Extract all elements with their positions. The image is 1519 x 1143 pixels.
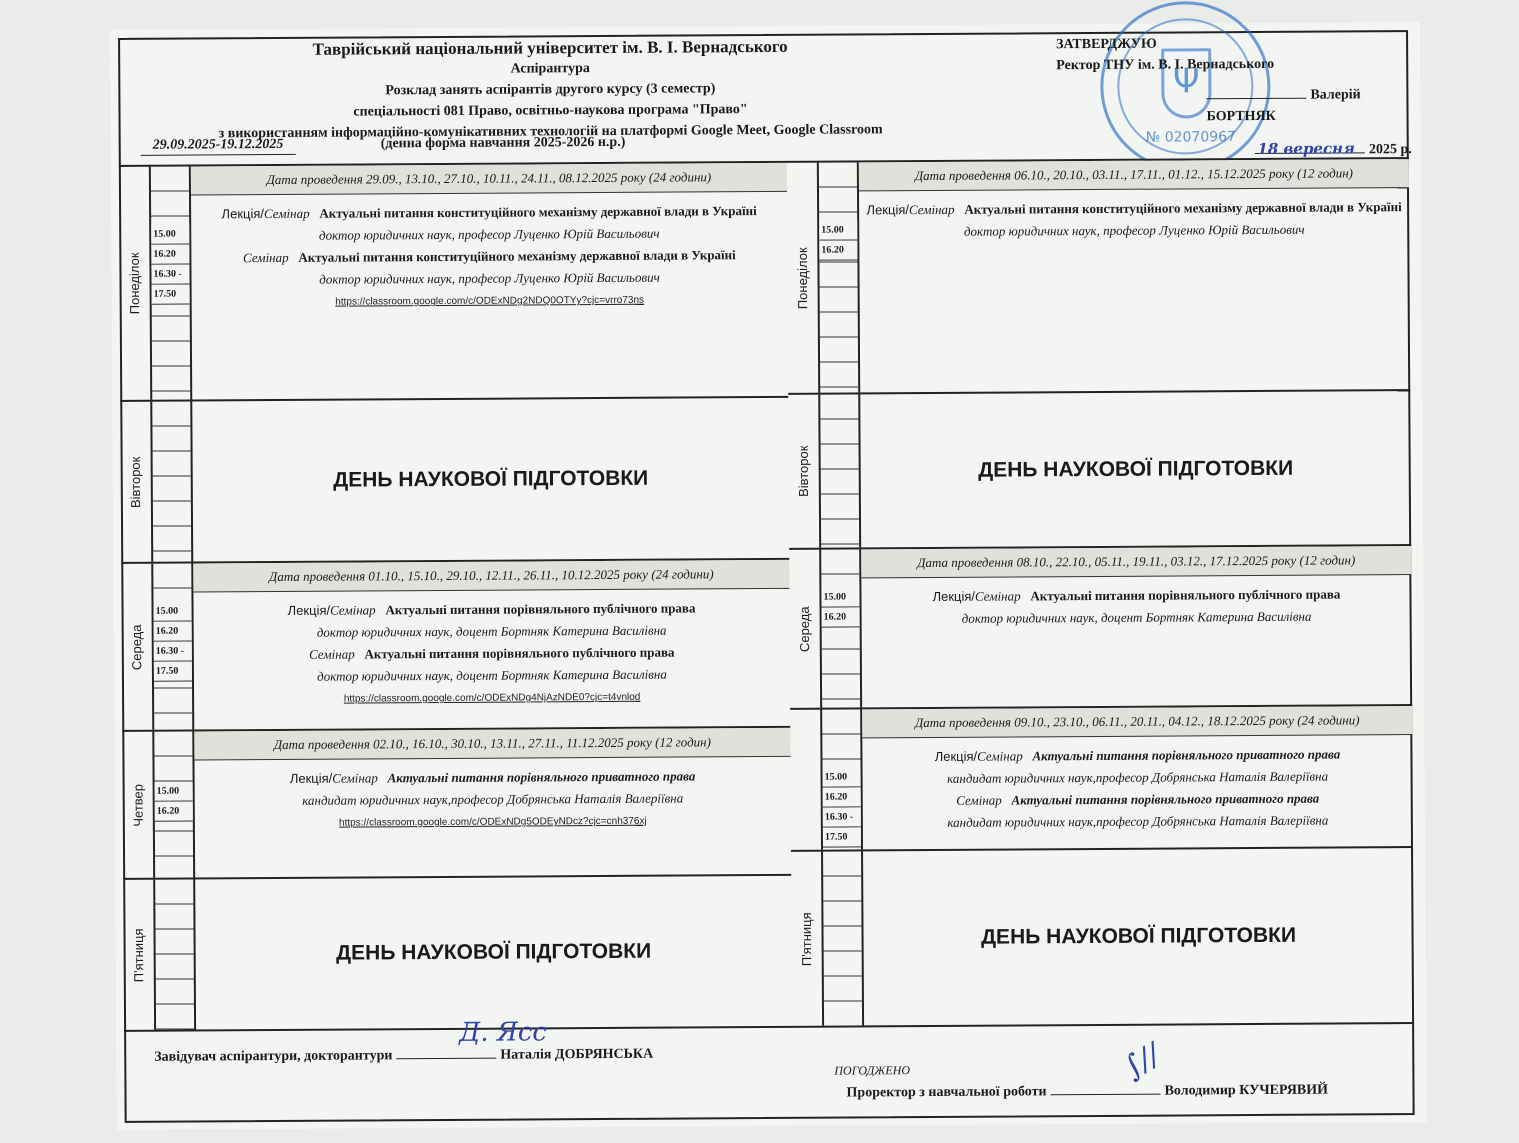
day-name-cell: П'ятниця bbox=[123, 880, 156, 1030]
rector-position: Ректор ТНУ ім. В. І. Вернадського bbox=[1056, 53, 1411, 76]
time-column bbox=[153, 879, 196, 1029]
day-row: П'ятницяДЕНЬ НАУКОВОЇ ПІДГОТОВКИ bbox=[791, 848, 1414, 1028]
session-dates: Дата проведення 01.10., 15.10., 29.10., … bbox=[193, 560, 789, 593]
schedule-right-half: Понеділок15.0016.20Дата проведення 06.10… bbox=[787, 159, 1414, 1028]
lecture-label: Лекція bbox=[290, 771, 329, 786]
teacher: доктор юридичних наук, доцент Бортняк Ка… bbox=[194, 663, 790, 689]
seminar-label: Семінар bbox=[264, 206, 310, 221]
time-slot: 16.20 bbox=[151, 245, 189, 265]
vice-rector-signature-block: Проректор з навчальної роботиВолодимир К… bbox=[846, 1083, 1328, 1102]
time-slot: 16.20 bbox=[819, 240, 857, 260]
time-slot: 15.00 bbox=[819, 220, 857, 240]
day-name: Вівторок bbox=[128, 456, 143, 507]
time-slot: 15.00 bbox=[155, 782, 193, 802]
day-content: Дата проведення 02.10., 16.10., 30.10., … bbox=[194, 728, 791, 878]
day-name-cell: Вівторок bbox=[120, 402, 153, 562]
class-kind: Лекція/Семінар bbox=[866, 202, 954, 218]
lecture-label: Лекція bbox=[933, 589, 972, 604]
class-kind: Лекція/Семінар bbox=[221, 206, 309, 222]
time-slot: 16.20 bbox=[154, 622, 192, 642]
time-slots: 15.0016.20 bbox=[155, 782, 193, 822]
seminar-label: Семінар bbox=[977, 748, 1023, 763]
science-day-label: ДЕНЬ НАУКОВОЇ ПІДГОТОВКИ bbox=[193, 466, 789, 494]
vice-rector-position: Проректор з навчальної роботи bbox=[846, 1084, 1046, 1100]
lecture-label: Лекція bbox=[866, 202, 905, 217]
day-name: Понеділок bbox=[127, 252, 142, 314]
day-content: ДЕНЬ НАУКОВОЇ ПІДГОТОВКИ bbox=[860, 391, 1411, 547]
day-row: 15.0016.2016.30 -17.50Дата проведення 09… bbox=[790, 706, 1413, 852]
seminar-label: Семінар bbox=[309, 647, 355, 662]
time-slots: 15.0016.2016.30 -17.50 bbox=[823, 767, 861, 847]
time-column: 15.0016.20 bbox=[817, 162, 860, 392]
science-day-label: ДЕНЬ НАУКОВОЇ ПІДГОТОВКИ bbox=[196, 939, 792, 967]
time-slot: 16.20 bbox=[822, 607, 860, 627]
time-column: 15.0016.2016.30 -17.50 bbox=[149, 167, 192, 400]
time-slots: 15.0016.20 bbox=[821, 587, 859, 627]
course-title: Актуальні питання конституційного механі… bbox=[298, 247, 735, 265]
course-title: Актуальні питання конституційного механі… bbox=[964, 199, 1401, 217]
time-slots: 15.0016.20 bbox=[819, 220, 857, 260]
session-dates: Дата проведення 29.09., 13.10., 27.10., … bbox=[191, 163, 787, 196]
day-content: Дата проведення 08.10., 22.10., 05.11., … bbox=[861, 546, 1412, 707]
class-entry: Лекція/Семінар Актуальні питання констит… bbox=[191, 200, 787, 248]
time-column bbox=[150, 402, 193, 562]
time-slot: 17.50 bbox=[823, 827, 861, 847]
session-dates: Дата проведення 02.10., 16.10., 30.10., … bbox=[194, 728, 790, 761]
class-entry: Лекція/Семінар Актуальні питання констит… bbox=[859, 196, 1409, 243]
session-dates: Дата проведення 06.10., 20.10., 03.11., … bbox=[859, 159, 1409, 191]
day-name-cell bbox=[790, 710, 823, 850]
seminar-label: Семінар bbox=[909, 202, 955, 217]
day-content: ДЕНЬ НАУКОВОЇ ПІДГОТОВКИ bbox=[195, 876, 792, 1030]
class-kind: Лекція/Семінар bbox=[933, 588, 1021, 604]
course-title: Актуальні питання порівняльного публічно… bbox=[1030, 586, 1340, 603]
day-row: ВівторокДЕНЬ НАУКОВОЇ ПІДГОТОВКИ bbox=[788, 391, 1411, 550]
lecture-label: Лекція bbox=[288, 603, 327, 618]
day-content: Дата проведення 01.10., 15.10., 29.10., … bbox=[193, 560, 790, 730]
teacher: кандидат юридичних наук,професор Добрянс… bbox=[195, 787, 791, 813]
time-slot: 17.50 bbox=[152, 285, 190, 305]
course-title: Актуальні питання порівняльного приватно… bbox=[388, 768, 696, 785]
time-slot: 15.00 bbox=[153, 602, 191, 622]
day-name: Середа bbox=[129, 624, 144, 670]
class-kind: Семінар bbox=[309, 647, 355, 662]
day-row: Понеділок15.0016.20Дата проведення 06.10… bbox=[787, 159, 1410, 395]
classroom-link[interactable]: https://classroom.google.com/c/ODExNDg4N… bbox=[194, 691, 790, 706]
day-name: Четвер bbox=[130, 783, 145, 826]
teacher: доктор юридичних наук, професор Луценко … bbox=[859, 218, 1409, 243]
seminar-label: Семінар bbox=[330, 602, 376, 617]
day-row: Середа15.0016.2016.30 -17.50Дата проведе… bbox=[121, 560, 790, 732]
time-slot: 16.20 bbox=[155, 802, 193, 822]
class-entry: Семінар Актуальні питання конституційног… bbox=[191, 244, 787, 292]
day-name: Середа bbox=[797, 606, 812, 652]
agreed-label: ПОГОДЖЕНО bbox=[834, 1063, 910, 1078]
day-content: Дата проведення 09.10., 23.10., 06.11., … bbox=[862, 706, 1413, 849]
time-slot: 15.00 bbox=[823, 767, 861, 787]
session-dates: Дата проведення 08.10., 22.10., 05.11., … bbox=[861, 546, 1411, 578]
time-slot: 17.50 bbox=[154, 662, 192, 682]
document-header: Таврійський національний університет ім.… bbox=[130, 35, 971, 145]
lecture-label: Лекція bbox=[221, 206, 260, 221]
session-dates: Дата проведення 09.10., 23.10., 06.11., … bbox=[862, 706, 1412, 738]
time-column bbox=[821, 851, 864, 1025]
day-name: Понеділок bbox=[795, 247, 810, 309]
day-name: П'ятниця bbox=[131, 928, 146, 982]
time-column: 15.0016.20 bbox=[152, 731, 195, 877]
vice-rector-signature: ∫∕∕ bbox=[1118, 1037, 1167, 1085]
time-slot: 15.00 bbox=[151, 225, 189, 245]
day-name-cell: Понеділок bbox=[119, 167, 152, 400]
day-name: П'ятниця bbox=[799, 912, 814, 966]
day-content: Дата проведення 29.09., 13.10., 27.10., … bbox=[191, 163, 788, 400]
signature-line bbox=[1206, 98, 1306, 100]
class-kind: Семінар bbox=[243, 250, 289, 265]
head-signature-block: Завідувач аспірантури, докторантуриНатал… bbox=[154, 1047, 653, 1066]
seminar-label: Семінар bbox=[243, 250, 289, 265]
schedule-document: Таврійський національний університет ім.… bbox=[110, 22, 1427, 1130]
day-name-cell: Середа bbox=[121, 564, 154, 730]
lecture-label: Лекція bbox=[935, 749, 974, 764]
approve-label: ЗАТВЕРДЖУЮ bbox=[1056, 32, 1411, 55]
time-slot: 16.30 - bbox=[154, 642, 192, 662]
vice-rector-name: Володимир КУЧЕРЯВИЙ bbox=[1165, 1083, 1329, 1099]
approval-block: ЗАТВЕРДЖУЮ Ректор ТНУ ім. В. І. Вернадсь… bbox=[1056, 32, 1412, 162]
teacher: кандидат юридичних наук,професор Добрянс… bbox=[863, 809, 1413, 834]
rector-name: Валерій БОРТНЯК bbox=[1207, 87, 1361, 124]
classroom-link[interactable]: https://classroom.google.com/c/ODExNDg5O… bbox=[195, 815, 791, 830]
course-title: Актуальні питання порівняльного приватно… bbox=[1011, 791, 1319, 808]
day-content: Дата проведення 06.10., 20.10., 03.11., … bbox=[859, 159, 1410, 392]
study-form: (денна форма навчання 2025-2026 н.р.) bbox=[381, 135, 626, 152]
time-column: 15.0016.20 bbox=[819, 549, 862, 707]
class-entry: Лекція/Семінар Актуальні питання порівня… bbox=[861, 583, 1411, 630]
class-entry: Лекція/Семінар Актуальні питання порівня… bbox=[193, 597, 789, 645]
day-row: П'ятницяДЕНЬ НАУКОВОЇ ПІДГОТОВКИ bbox=[123, 876, 792, 1032]
time-slots: 15.0016.2016.30 -17.50 bbox=[153, 602, 191, 682]
class-kind: Лекція/Семінар bbox=[290, 770, 378, 786]
course-title: Актуальні питання порівняльного публічно… bbox=[385, 600, 695, 617]
signature-line bbox=[1051, 1094, 1161, 1096]
document-footer: Завідувач аспірантури, докторантуриНатал… bbox=[124, 1022, 1415, 1123]
head-name: Наталія ДОБРЯНСЬКА bbox=[500, 1047, 653, 1063]
head-signature: Д. Ясс bbox=[459, 1017, 547, 1048]
teacher: доктор юридичних наук, доцент Бортняк Ка… bbox=[862, 605, 1412, 630]
class-entry: Лекція/Семінар Актуальні питання порівня… bbox=[862, 743, 1412, 790]
time-slot: 16.20 bbox=[823, 787, 861, 807]
class-kind: Лекція/Семінар bbox=[288, 602, 376, 618]
class-kind: Семінар bbox=[956, 793, 1002, 808]
day-row: Понеділок15.0016.2016.30 -17.50Дата пров… bbox=[119, 163, 788, 402]
seminar-label: Семінар bbox=[956, 793, 1002, 808]
time-slot: 16.30 - bbox=[151, 265, 189, 285]
time-slot: 15.00 bbox=[821, 587, 859, 607]
schedule-left-half: Понеділок15.0016.2016.30 -17.50Дата пров… bbox=[119, 163, 792, 1032]
science-day-label: ДЕНЬ НАУКОВОЇ ПІДГОТОВКИ bbox=[863, 923, 1413, 950]
class-entry: Семінар Актуальні питання порівняльного … bbox=[194, 641, 790, 689]
day-name-cell: Середа bbox=[789, 550, 822, 708]
science-day-label: ДЕНЬ НАУКОВОЇ ПІДГОТОВКИ bbox=[861, 456, 1411, 483]
course-title: Актуальні питання порівняльного приватно… bbox=[1032, 746, 1340, 763]
day-content: ДЕНЬ НАУКОВОЇ ПІДГОТОВКИ bbox=[863, 848, 1414, 1025]
schedule-grid: Понеділок15.0016.2016.30 -17.50Дата пров… bbox=[119, 157, 1414, 1030]
handwritten-date: 18 вересня bbox=[1257, 139, 1355, 158]
time-slot: 16.30 - bbox=[823, 807, 861, 827]
course-title: Актуальні питання конституційного механі… bbox=[319, 203, 756, 221]
signature-line bbox=[396, 1058, 496, 1060]
day-name: Вівторок bbox=[796, 446, 811, 497]
teacher: доктор юридичних наук, професор Луценко … bbox=[191, 266, 787, 292]
time-slots: 15.0016.2016.30 -17.50 bbox=[151, 225, 189, 305]
class-kind: Лекція/Семінар bbox=[935, 748, 1023, 764]
approval-year: 2025 р. bbox=[1369, 142, 1412, 157]
course-title: Актуальні питання порівняльного публічно… bbox=[364, 645, 674, 662]
day-name-cell: П'ятниця bbox=[791, 852, 824, 1026]
day-name-cell: Понеділок bbox=[787, 163, 820, 393]
time-column bbox=[818, 394, 861, 547]
day-row: ВівторокДЕНЬ НАУКОВОЇ ПІДГОТОВКИ bbox=[120, 398, 789, 564]
class-entry: Семінар Актуальні питання порівняльного … bbox=[863, 787, 1413, 834]
day-name-cell: Вівторок bbox=[788, 395, 821, 548]
seminar-label: Семінар bbox=[975, 588, 1021, 603]
time-column: 15.0016.2016.30 -17.50 bbox=[151, 564, 194, 730]
day-name-cell: Четвер bbox=[122, 732, 155, 878]
day-row: Середа15.0016.20Дата проведення 08.10., … bbox=[789, 546, 1412, 710]
day-content: ДЕНЬ НАУКОВОЇ ПІДГОТОВКИ bbox=[192, 398, 789, 562]
class-entry: Лекція/Семінар Актуальні питання порівня… bbox=[195, 765, 791, 813]
head-position: Завідувач аспірантури, докторантури bbox=[154, 1048, 392, 1064]
classroom-link[interactable]: https://classroom.google.com/c/ODExNDg2N… bbox=[192, 294, 788, 309]
period: 29.09.2025-19.12.2025 bbox=[141, 137, 296, 156]
day-row: Четвер15.0016.20Дата проведення 02.10., … bbox=[122, 728, 791, 880]
time-column: 15.0016.2016.30 -17.50 bbox=[820, 709, 863, 849]
seminar-label: Семінар bbox=[332, 770, 378, 785]
